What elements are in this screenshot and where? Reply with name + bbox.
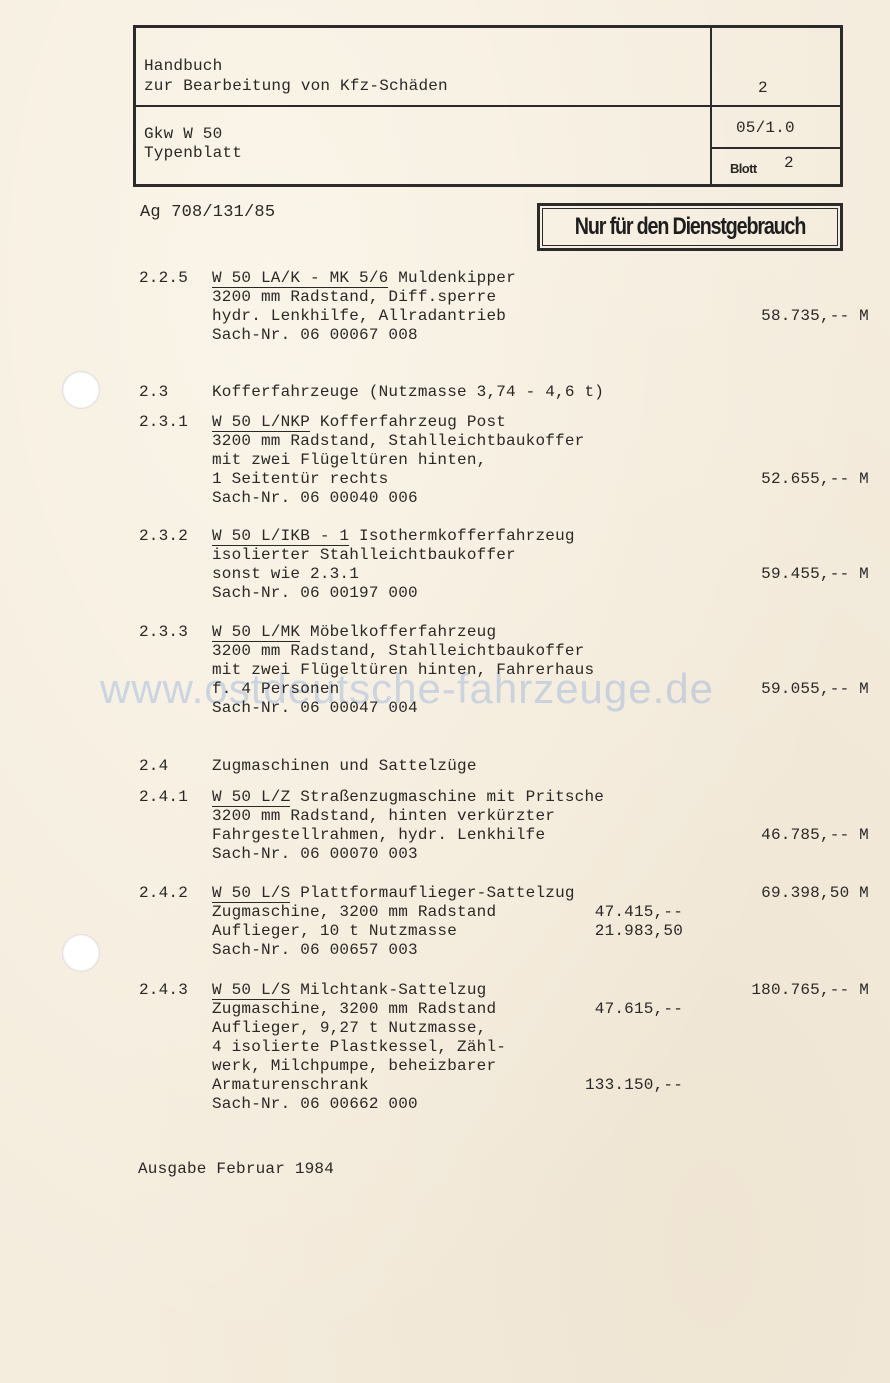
entry-detail-line: Zugmaschine, 3200 mm Radstand — [212, 903, 496, 922]
entry-title: Milchtank-Sattelzug — [300, 981, 486, 999]
sub-price: 21.983,50 — [595, 922, 683, 941]
header-vehicle: Gkw W 50 — [144, 125, 222, 144]
entry-detail-line: Fahrgestellrahmen, hydr. Lenkhilfe — [212, 826, 545, 845]
entry-detail-line: 3200 mm Radstand, hinten verkürzter — [212, 807, 555, 826]
header-divider — [711, 147, 840, 149]
header-sheet-number: 2 — [784, 154, 794, 173]
entry-title-line: W 50 L/Z Straßenzugmaschine mit Pritsche — [212, 788, 604, 807]
entry-number: 2.3.3 — [139, 623, 188, 642]
stamp-text: Nur für den Dienstgebrauch — [567, 213, 813, 241]
entry-detail-line: Sach-Nr. 06 00070 003 — [212, 845, 418, 864]
entry-detail-line: Sach-Nr. 06 00047 004 — [212, 699, 418, 718]
section-number: 2.4 — [139, 757, 168, 776]
entry-price: 59.055,-- M — [761, 680, 869, 699]
entry-number: 2.3.1 — [139, 413, 188, 432]
entry-detail-line: werk, Milchpumpe, beheizbarer — [212, 1057, 496, 1076]
footer-edition: Ausgabe Februar 1984 — [138, 1160, 334, 1179]
entry-number: 2.2.5 — [139, 269, 188, 288]
entry-price: 69.398,50 M — [761, 884, 869, 903]
entry-detail-line: 1 Seitentür rechts — [212, 470, 388, 489]
model-code: W 50 L/IKB - 1 — [212, 527, 349, 546]
model-code: W 50 LA/K - MK 5/6 — [212, 269, 388, 288]
sub-price: 47.615,-- — [595, 1000, 683, 1019]
entry-title: Möbelkofferfahrzeug — [310, 623, 496, 641]
entry-price: 58.735,-- M — [761, 307, 869, 326]
section-title: Kofferfahrzeuge (Nutzmasse 3,74 - 4,6 t) — [212, 383, 604, 402]
model-code: W 50 L/S — [212, 884, 290, 903]
entry-detail-line: Armaturenschrank — [212, 1076, 369, 1095]
entry-number: 2.4.3 — [139, 981, 188, 1000]
entry-title-line: W 50 L/MK Möbelkofferfahrzeug — [212, 623, 496, 642]
entry-price: 180.765,-- M — [751, 981, 869, 1000]
header-doc-type: Typenblatt — [144, 144, 242, 163]
punch-hole-top — [62, 371, 100, 409]
entry-price: 46.785,-- M — [761, 826, 869, 845]
entry-detail-line: Sach-Nr. 06 00662 000 — [212, 1095, 418, 1114]
entry-detail-line: Sach-Nr. 06 00067 008 — [212, 326, 418, 345]
header-box: Handbuch zur Bearbeitung von Kfz-Schäden… — [133, 25, 843, 187]
header-divider — [136, 105, 840, 107]
entry-title-line: W 50 L/IKB - 1 Isothermkofferfahrzeug — [212, 527, 575, 546]
entry-detail-line: mit zwei Flügeltüren hinten, — [212, 451, 486, 470]
entry-title-line: W 50 L/NKP Kofferfahrzeug Post — [212, 413, 506, 432]
entry-title: Plattformauflieger-Sattelzug — [300, 884, 574, 902]
entry-price: 52.655,-- M — [761, 470, 869, 489]
entry-detail-line: Sach-Nr. 06 00197 000 — [212, 584, 418, 603]
punch-hole-bottom — [62, 934, 100, 972]
entry-number: 2.4.1 — [139, 788, 188, 807]
entry-detail-line: Sach-Nr. 06 00040 006 — [212, 489, 418, 508]
header-title-line2: zur Bearbeitung von Kfz-Schäden — [144, 77, 448, 96]
section-title: Zugmaschinen und Sattelzüge — [212, 757, 477, 776]
entry-detail-line: isolierter Stahlleichtbaukoffer — [212, 546, 516, 565]
entry-detail-line: Zugmaschine, 3200 mm Radstand — [212, 1000, 496, 1019]
entry-detail-line: 3200 mm Radstand, Stahlleichtbaukoffer — [212, 432, 584, 451]
entry-detail-line: 3200 mm Radstand, Stahlleichtbaukoffer — [212, 642, 584, 661]
sub-price: 47.415,-- — [595, 903, 683, 922]
entry-detail-line: Auflieger, 9,27 t Nutzmasse, — [212, 1019, 486, 1038]
header-section-code: 05/1.0 — [736, 119, 795, 138]
entry-title: Straßenzugmaschine mit Pritsche — [300, 788, 604, 806]
entry-detail-line: 4 isolierte Plastkessel, Zähl- — [212, 1038, 506, 1057]
entry-title: Muldenkipper — [398, 269, 516, 287]
restricted-stamp: Nur für den Dienstgebrauch — [537, 203, 843, 251]
sub-price: 133.150,-- — [585, 1076, 683, 1095]
entry-title: Kofferfahrzeug Post — [320, 413, 506, 431]
model-code: W 50 L/MK — [212, 623, 300, 642]
header-chapter: 2 — [758, 79, 768, 98]
entry-title-line: W 50 LA/K - MK 5/6 Muldenkipper — [212, 269, 516, 288]
model-code: W 50 L/S — [212, 981, 290, 1000]
entry-number: 2.4.2 — [139, 884, 188, 903]
model-code: W 50 L/Z — [212, 788, 290, 807]
entry-detail-line: Auflieger, 10 t Nutzmasse — [212, 922, 457, 941]
entry-number: 2.3.2 — [139, 527, 188, 546]
entry-price: 59.455,-- M — [761, 565, 869, 584]
entry-title-line: W 50 L/S Plattformauflieger-Sattelzug — [212, 884, 575, 903]
section-number: 2.3 — [139, 383, 168, 402]
reference-number: Ag 708/131/85 — [140, 203, 275, 222]
entry-detail-line: 3200 mm Radstand, Diff.sperre — [212, 288, 496, 307]
entry-detail-line: mit zwei Flügeltüren hinten, Fahrerhaus — [212, 661, 594, 680]
entry-detail-line: hydr. Lenkhilfe, Allradantrieb — [212, 307, 506, 326]
header-title-line1: Handbuch — [144, 57, 222, 76]
entry-detail-line: f. 4 Personen — [212, 680, 339, 699]
model-code: W 50 L/NKP — [212, 413, 310, 432]
entry-title-line: W 50 L/S Milchtank-Sattelzug — [212, 981, 486, 1000]
entry-detail-line: sonst wie 2.3.1 — [212, 565, 359, 584]
header-sheet-label: Blott — [730, 161, 757, 176]
entry-title: Isothermkofferfahrzeug — [359, 527, 575, 545]
entry-detail-line: Sach-Nr. 06 00657 003 — [212, 941, 418, 960]
